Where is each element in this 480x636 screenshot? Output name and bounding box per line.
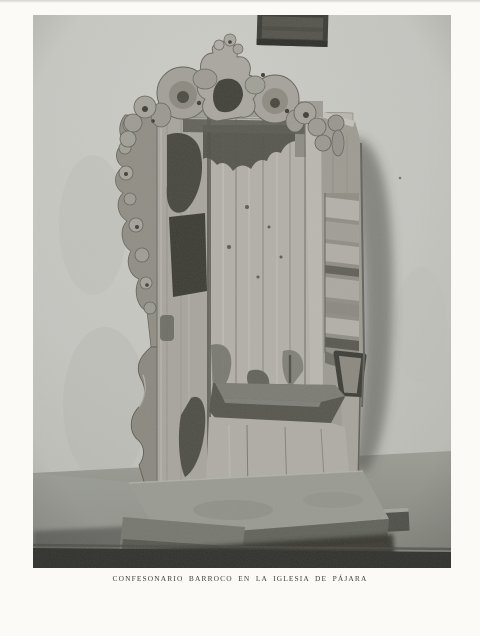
plate-caption: CONFESONARIO BARROCO EN LA IGLESIA DE PÁ… <box>0 574 480 583</box>
scan-edge-artifact <box>0 0 480 3</box>
vignette-overlay <box>33 15 451 568</box>
plate-photograph <box>33 15 451 568</box>
photo-canvas <box>33 15 451 568</box>
